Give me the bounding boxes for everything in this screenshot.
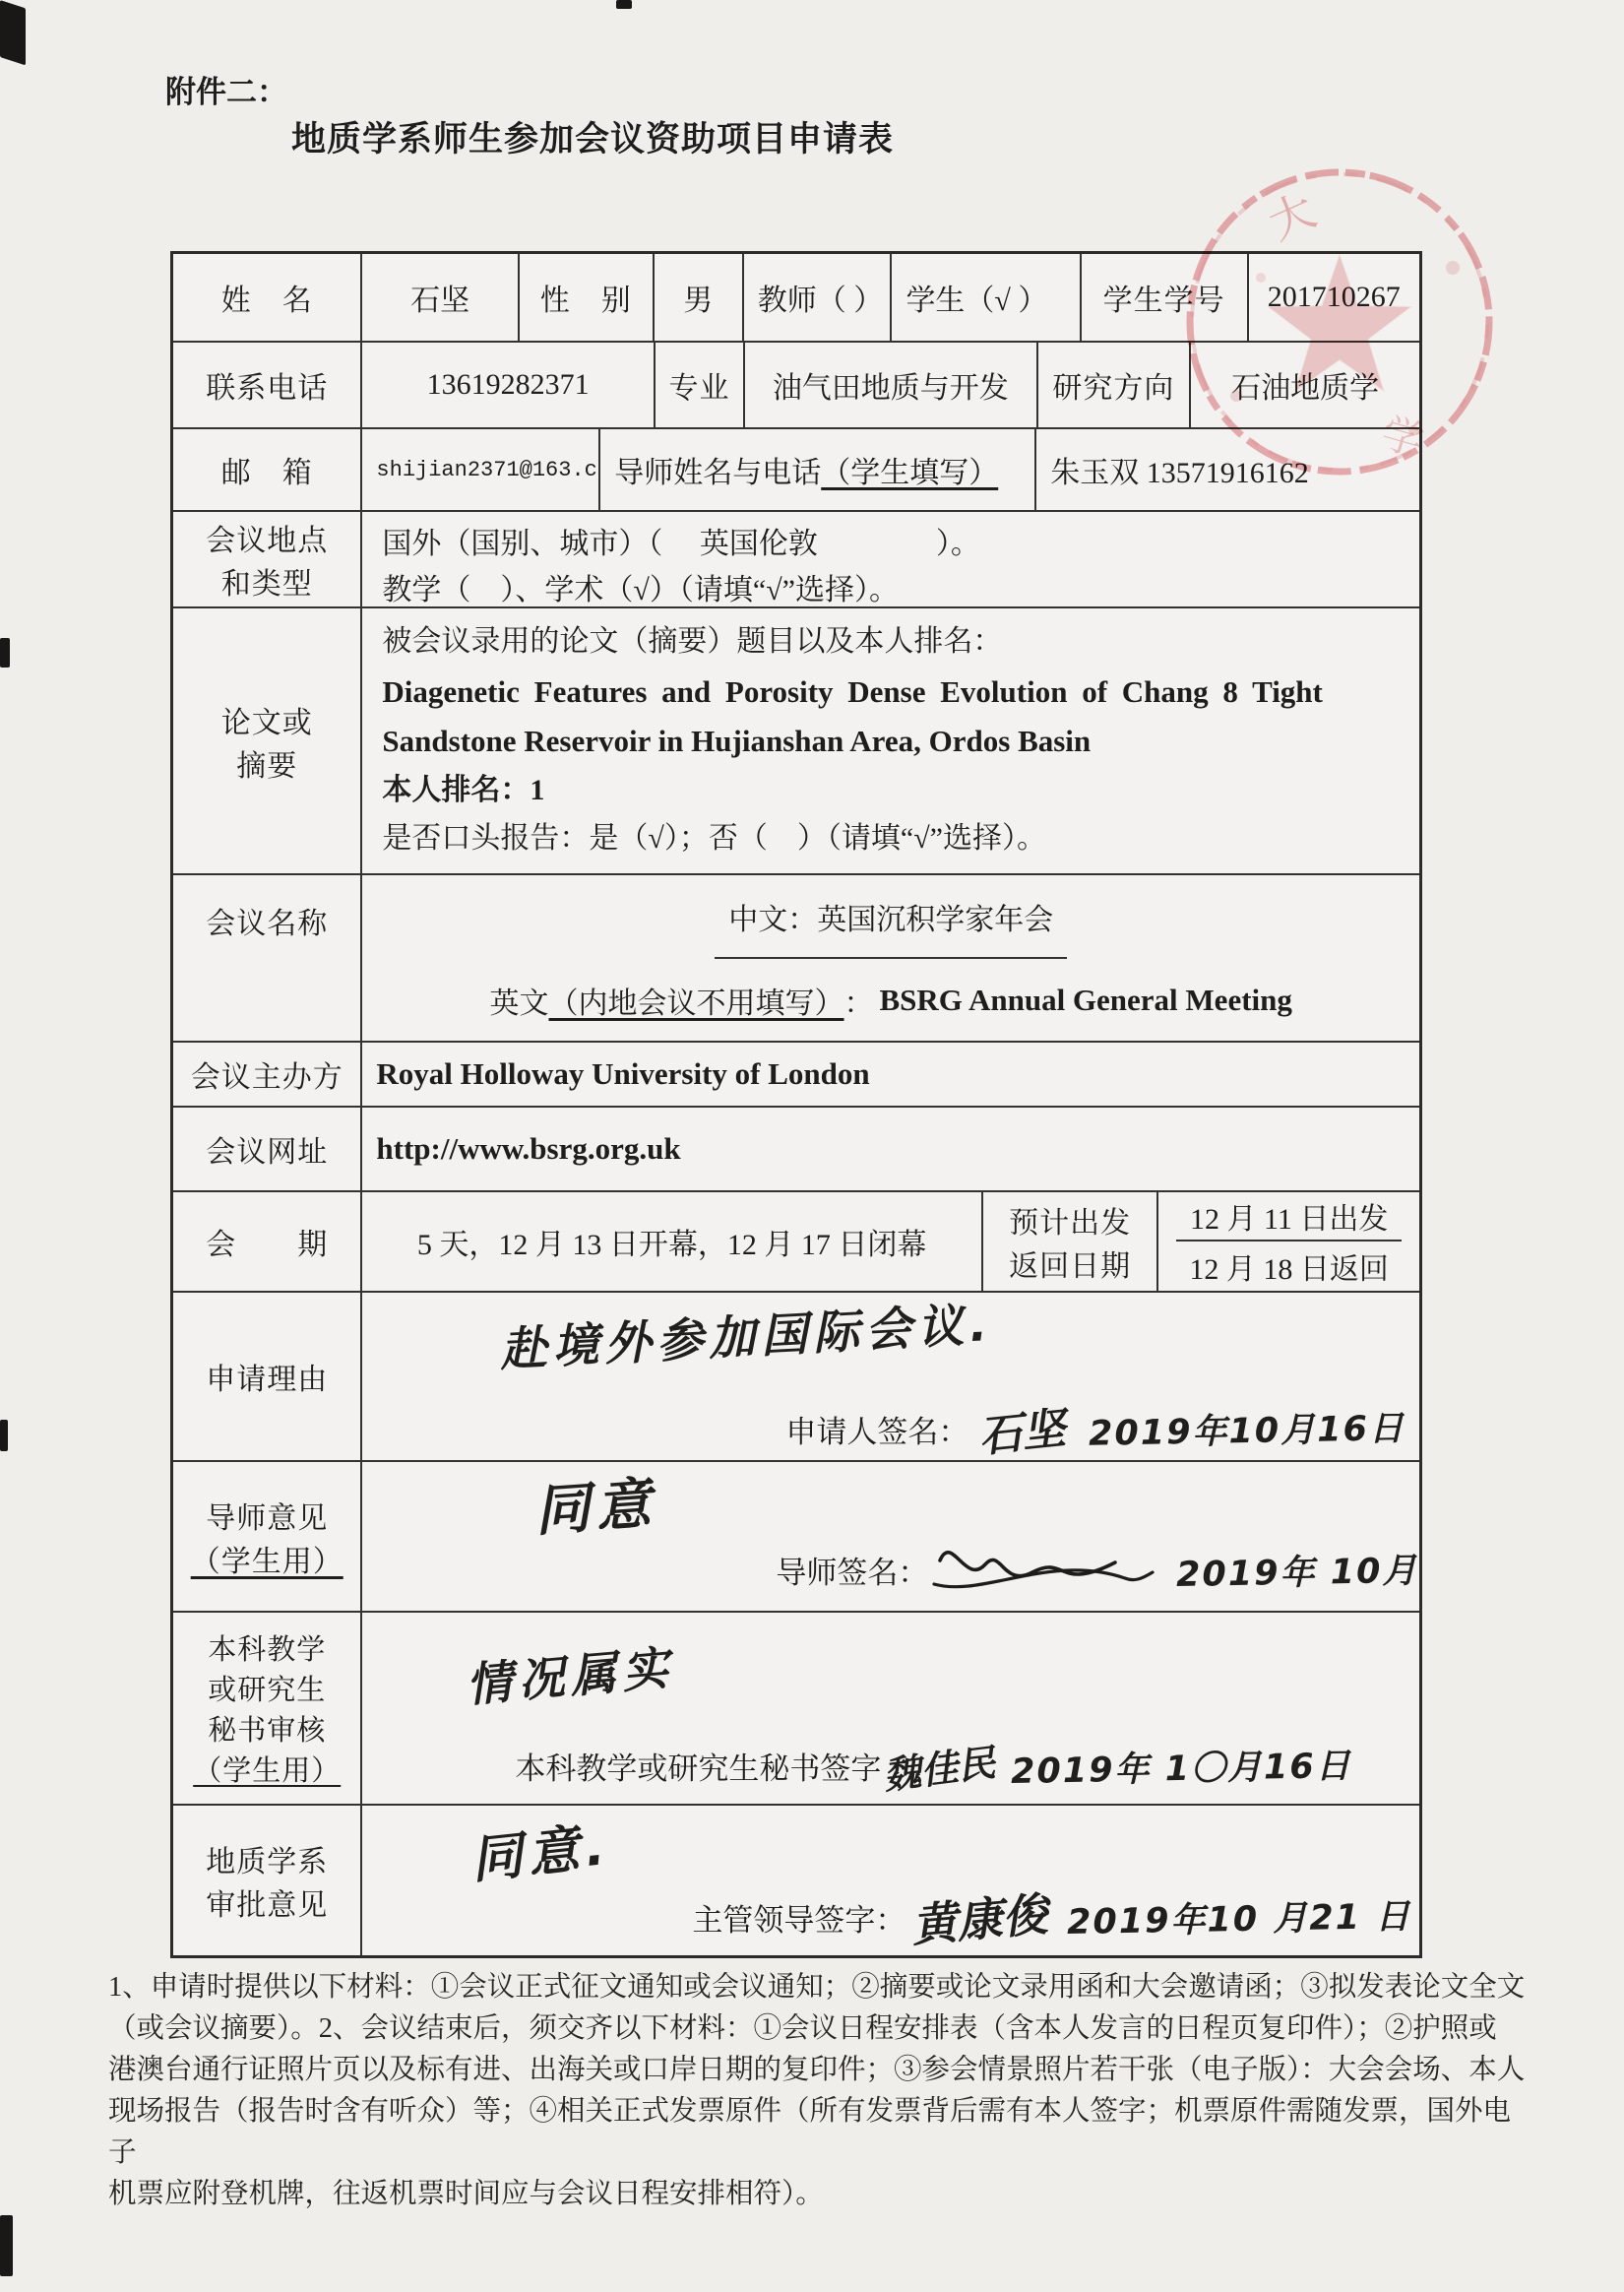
secretary-signature: 魏佳民 bbox=[880, 1732, 998, 1799]
footer-line-4: 现场报告（报告时含有听众）等；④相关正式发票原件（所有发票背后需有本人签字；机票… bbox=[108, 2091, 1535, 2174]
depart-label-line2: 返回日期 bbox=[1009, 1241, 1131, 1285]
conference-name-cn: 中文：英国沉积学家年会 bbox=[715, 875, 1067, 959]
row-location-type: 会议地点 和类型 国外（国别、城市）（ 英国伦敦 ）。 教学（ ）、学术（√）（… bbox=[173, 512, 1419, 608]
leader-date: 2019年10 月21 日 bbox=[1067, 1889, 1412, 1944]
leader-signature: 黄康俊 bbox=[909, 1878, 1050, 1955]
row-department-approval: 地质学系 审批意见 同意. 主管领导签字： 黄康俊 2019年10 月21 日 bbox=[173, 1806, 1419, 1955]
row-secretary: 本科教学 或研究生 秘书审核 （学生用） 情况属实 本科教学或研究生秘书签字 魏… bbox=[173, 1613, 1419, 1806]
secretary-label: 本科教学 或研究生 秘书审核 （学生用） bbox=[173, 1613, 362, 1804]
gender-value: 男 bbox=[655, 254, 744, 341]
leader-sign-label: 主管领导签字： bbox=[692, 1895, 906, 1940]
location-value: 国外（国别、城市）（ 英国伦敦 ）。 教学（ ）、学术（√）（请填“√”选择）。 bbox=[362, 512, 1419, 606]
gender-label: 性 别 bbox=[520, 254, 655, 341]
applicant-date: 2019年10月16日 bbox=[1089, 1401, 1406, 1456]
email-value: shijian2371@163.com bbox=[362, 429, 600, 510]
footer-line-5: 机票应附登机牌，往返机票时间应与会议日程安排相符）。 bbox=[108, 2174, 1535, 2215]
approval-handwriting: 同意. bbox=[468, 1806, 614, 1892]
major-label: 专业 bbox=[656, 343, 745, 427]
secretary-label-line2: 或研究生 bbox=[208, 1668, 326, 1708]
paper-title-en-line1: Diagenetic Features and Porosity Dense E… bbox=[382, 668, 1322, 716]
session-label: 会 期 bbox=[173, 1192, 362, 1291]
conference-en-note: （内地会议不用填写） bbox=[549, 979, 844, 1022]
paper-label-line2: 摘要 bbox=[236, 741, 297, 785]
supervisor-sign-label: 导师签名： bbox=[776, 1548, 928, 1592]
paper-oral-report: 是否口头报告：是（√）；否（ ）（请填“√”选择）。 bbox=[382, 816, 1046, 862]
student-option: 学生（√ ） bbox=[892, 254, 1081, 341]
paper-label-line1: 论文或 bbox=[221, 698, 313, 741]
paper-label: 论文或 摘要 bbox=[173, 608, 362, 873]
student-id-value: 201710267 bbox=[1249, 254, 1419, 341]
footer-notes: 1、申请时提供以下材料：①会议正式征文通知或会议通知；②摘要或论文录用函和大会邀… bbox=[108, 1967, 1535, 2215]
scan-artifact-left-2 bbox=[0, 1420, 8, 1451]
supervisor-label: 导师意见 （学生用） bbox=[173, 1462, 362, 1611]
paper-title-en-line2: Sandstone Reservoir in Hujianshan Area, … bbox=[382, 718, 1091, 765]
major-value: 油气田地质与开发 bbox=[745, 343, 1038, 427]
applicant-signature: 石坚 bbox=[975, 1393, 1068, 1460]
attachment-label: 附件二： bbox=[165, 67, 287, 111]
name-value: 石坚 bbox=[362, 254, 520, 341]
location-line2: 教学（ ）、学术（√）（请填“√”选择）。 bbox=[382, 568, 899, 607]
secretary-label-line3: 秘书审核 bbox=[208, 1708, 326, 1749]
conference-name-values: 中文：英国沉积学家年会 英文（内地会议不用填写）：BSRG Annual Gen… bbox=[362, 875, 1419, 1041]
depart-value: 12 月 11 日出发 bbox=[1176, 1192, 1402, 1241]
secretary-sign-label: 本科教学或研究生秘书签字 bbox=[515, 1744, 881, 1788]
scan-artifact-bottom-left bbox=[0, 2215, 13, 2276]
secretary-label-line4: （学生用） bbox=[193, 1749, 341, 1789]
applicant-sign-line: 申请人签名： 石坚 2019年10月16日 bbox=[785, 1397, 1405, 1460]
student-id-label: 学生学号 bbox=[1082, 254, 1249, 341]
paper-rank: 本人排名：1 bbox=[382, 768, 544, 814]
row-email-mentor: 邮 箱 shijian2371@163.com 导师姓名与电话（学生填写） 朱玉… bbox=[173, 429, 1419, 512]
location-label: 会议地点 和类型 bbox=[173, 512, 362, 606]
secretary-sign-line: 本科教学或研究生秘书签字 魏佳民 2019年 1〇月16日 bbox=[515, 1739, 1352, 1793]
conference-name-label: 会议名称 bbox=[173, 875, 362, 1041]
reason-value: 赴境外参加国际会议. 申请人签名： 石坚 2019年10月16日 bbox=[362, 1293, 1419, 1460]
direction-value: 石油地质学 bbox=[1191, 343, 1419, 427]
supervisor-handwriting: 同意 bbox=[532, 1462, 659, 1547]
depart-return-values: 12 月 11 日出发 12 月 18 日返回 bbox=[1158, 1192, 1419, 1291]
supervisor-label-line1: 导师意见 bbox=[206, 1494, 328, 1537]
supervisor-date: 2019年 10月 16日 bbox=[1176, 1542, 1419, 1597]
secretary-label-line1: 本科教学 bbox=[208, 1627, 326, 1668]
supervisor-label-line2: （学生用） bbox=[191, 1537, 344, 1580]
secretary-handwriting: 情况属实 bbox=[464, 1631, 677, 1715]
mentor-label: 导师姓名与电话（学生填写） bbox=[600, 429, 1036, 510]
conference-name-en: 英文（内地会议不用填写）：BSRG Annual General Meeting bbox=[476, 959, 1306, 1041]
name-label: 姓 名 bbox=[173, 254, 362, 341]
reason-handwriting: 赴境外参加国际会议. bbox=[499, 1293, 995, 1379]
supervisor-signature-scribble bbox=[932, 1539, 1158, 1600]
row-organizer: 会议主办方 Royal Holloway University of Londo… bbox=[173, 1043, 1419, 1108]
website-value: http://www.bsrg.org.uk bbox=[362, 1108, 1419, 1190]
row-name: 姓 名 石坚 性 别 男 教师（ ） 学生（√ ） 学生学号 201710267 bbox=[173, 254, 1419, 343]
row-supervisor: 导师意见 （学生用） 同意 导师签名： 2019年 10月 16日 bbox=[173, 1462, 1419, 1613]
phone-value: 13619282371 bbox=[362, 343, 656, 427]
row-website: 会议网址 http://www.bsrg.org.uk bbox=[173, 1108, 1419, 1192]
paper-value: 被会议录用的论文（摘要）题目以及本人排名： Diagenetic Feature… bbox=[362, 608, 1419, 873]
footer-line-1: 1、申请时提供以下材料：①会议正式征文通知或会议通知；②摘要或论文录用函和大会邀… bbox=[108, 1967, 1535, 2008]
reason-label: 申请理由 bbox=[173, 1293, 362, 1460]
scan-artifact-top-edge bbox=[616, 0, 632, 9]
conference-en-value: BSRG Annual General Meeting bbox=[880, 983, 1292, 1018]
depart-label-line1: 预计出发 bbox=[1009, 1198, 1131, 1241]
applicant-sign-label: 申请人签名： bbox=[785, 1407, 968, 1451]
approval-label: 地质学系 审批意见 bbox=[173, 1806, 362, 1955]
conference-en-prefix: 英文 bbox=[490, 979, 549, 1022]
supervisor-sign-line: 导师签名： 2019年 10月 16日 bbox=[776, 1539, 1419, 1600]
row-contact: 联系电话 13619282371 专业 油气田地质与开发 研究方向 石油地质学 bbox=[173, 343, 1419, 429]
approval-value: 同意. 主管领导签字： 黄康俊 2019年10 月21 日 bbox=[362, 1806, 1419, 1955]
row-paper: 论文或 摘要 被会议录用的论文（摘要）题目以及本人排名： Diagenetic … bbox=[173, 608, 1419, 875]
location-line1: 国外（国别、城市）（ 英国伦敦 ）。 bbox=[382, 522, 980, 568]
footer-line-2: （或会议摘要）。2、会议结束后，须交齐以下材料：①会议日程安排表（含本人发言的日… bbox=[108, 2008, 1535, 2050]
approval-label-line2: 审批意见 bbox=[206, 1880, 328, 1924]
footer-line-3: 港澳台通行证照片页以及标有进、出海关或口岸日期的复印件；③参会情景照片若干张（电… bbox=[108, 2050, 1535, 2091]
scanned-application-form: 附件二： 地质学系师生参加会议资助项目申请表 姓 名 石坚 性 别 男 教师（ … bbox=[0, 0, 1624, 2292]
website-label: 会议网址 bbox=[173, 1108, 362, 1190]
page-title: 地质学系师生参加会议资助项目申请表 bbox=[291, 112, 894, 161]
application-form-table: 姓 名 石坚 性 别 男 教师（ ） 学生（√ ） 学生学号 201710267… bbox=[170, 251, 1422, 1958]
location-label-line2: 和类型 bbox=[221, 559, 313, 603]
leader-sign-line: 主管领导签字： 黄康俊 2019年10 月21 日 bbox=[692, 1884, 1411, 1949]
organizer-label: 会议主办方 bbox=[173, 1043, 362, 1106]
teacher-option: 教师（ ） bbox=[744, 254, 893, 341]
seal-arc-char-1: 大 bbox=[1261, 185, 1323, 249]
organizer-value: Royal Holloway University of London bbox=[362, 1043, 1419, 1106]
row-conference-name: 会议名称 中文：英国沉积学家年会 英文（内地会议不用填写）：BSRG Annua… bbox=[173, 875, 1419, 1043]
approval-label-line1: 地质学系 bbox=[206, 1837, 328, 1880]
phone-label: 联系电话 bbox=[173, 343, 362, 427]
row-session: 会 期 5 天，12 月 13 日开幕，12 月 17 日闭幕 预计出发 返回日… bbox=[173, 1192, 1419, 1293]
session-value: 5 天，12 月 13 日开幕，12 月 17 日闭幕 bbox=[362, 1192, 982, 1291]
email-label: 邮 箱 bbox=[173, 429, 362, 510]
paper-title-label: 被会议录用的论文（摘要）题目以及本人排名： bbox=[382, 619, 1002, 666]
mentor-label-note: （学生填写） bbox=[821, 448, 998, 491]
supervisor-value: 同意 导师签名： 2019年 10月 16日 bbox=[362, 1462, 1419, 1611]
depart-return-label: 预计出发 返回日期 bbox=[983, 1192, 1159, 1291]
secretary-date: 2019年 1〇月16日 bbox=[1011, 1738, 1352, 1793]
mentor-label-text: 导师姓名与电话 bbox=[614, 448, 821, 491]
scan-artifact-left-1 bbox=[0, 638, 10, 668]
scan-artifact-top-left bbox=[0, 0, 26, 65]
conference-en-colon: ： bbox=[844, 979, 874, 1022]
row-reason: 申请理由 赴境外参加国际会议. 申请人签名： 石坚 2019年10月16日 bbox=[173, 1293, 1419, 1462]
secretary-value: 情况属实 本科教学或研究生秘书签字 魏佳民 2019年 1〇月16日 bbox=[362, 1613, 1419, 1804]
direction-label: 研究方向 bbox=[1038, 343, 1192, 427]
return-value: 12 月 18 日返回 bbox=[1175, 1241, 1403, 1291]
mentor-value: 朱玉双 13571916162 bbox=[1036, 429, 1419, 510]
location-label-line1: 会议地点 bbox=[206, 516, 328, 559]
